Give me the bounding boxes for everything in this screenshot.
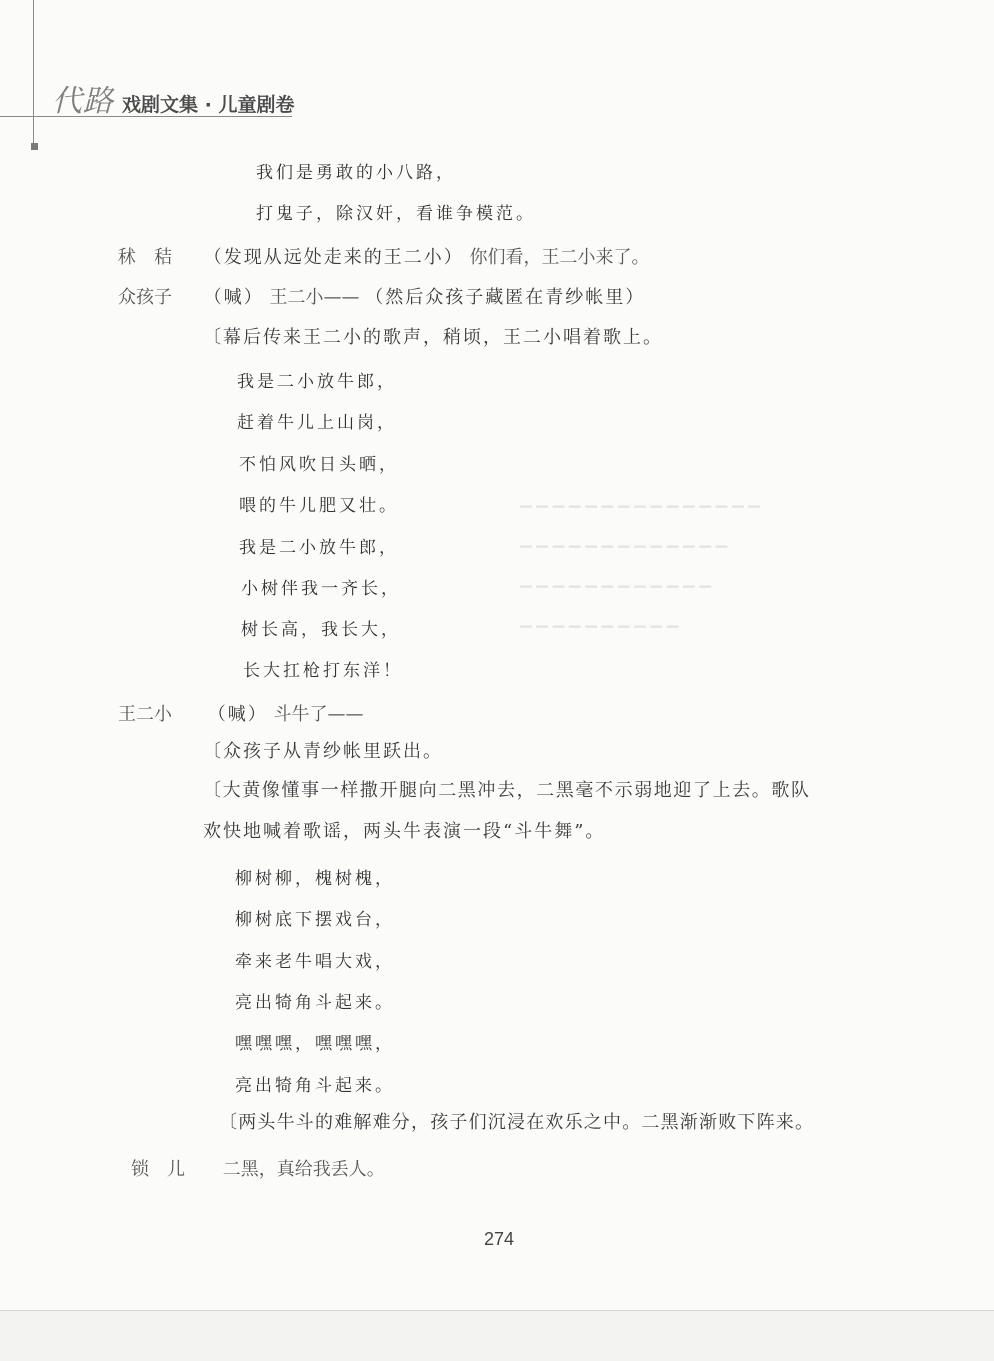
stage-direction: （喊） [204, 287, 264, 308]
dialogue-line: 锁 儿 二黑，真给我丢人。 [131, 1155, 385, 1181]
bleed-through-text: ▁ ▁ ▁ ▁ ▁ ▁ ▁ ▁ ▁ ▁ ▁ ▁ [520, 570, 711, 588]
bleed-through-text: ▁ ▁ ▁ ▁ ▁ ▁ ▁ ▁ ▁ ▁ [520, 610, 678, 628]
song-line: 柳树底下摆戏台， [235, 905, 395, 930]
song-line: 亮出犄角斗起来。 [235, 1071, 395, 1096]
dialogue-line: 众孩子 （喊） 王二小—— （然后众孩子藏匿在青纱帐里） [118, 283, 645, 309]
song-line: 我们是勇敢的小八路， [256, 158, 456, 183]
song-line: 赶着牛儿上山岗， [237, 408, 397, 433]
stage-direction: （喊） [208, 704, 268, 725]
margin-vertical-rule [33, 0, 34, 148]
song-line: 亮出犄角斗起来。 [235, 988, 395, 1013]
song-line: 小树伴我一齐长， [241, 574, 401, 599]
speaker-name: 秫 秸 [118, 243, 198, 269]
stage-direction: 〔两头牛斗的难解难分，孩子们沉浸在欢乐之中。二黑渐渐败下阵来。 [219, 1108, 814, 1134]
margin-square-marker [31, 143, 38, 150]
running-header: 代路 戏剧文集 · 儿童剧卷 [52, 76, 294, 120]
stage-direction: 〔幕后传来王二小的歌声，稍顷，王二小唱着歌上。 [203, 323, 663, 349]
song-line: 我是二小放牛郎， [239, 533, 399, 558]
stage-direction: 〔众孩子从青纱帐里跃出。 [203, 737, 443, 763]
dialogue-line: 秫 秸 （发现从远处走来的王二小） 你们看，王二小来了。 [118, 243, 649, 269]
series-logo: 代路 [52, 76, 114, 120]
stage-direction: 〔大黄像懂事一样撒开腿向二黑冲去，二黑毫不示弱地迎了上去。歌队 [203, 776, 811, 802]
song-line: 嘿嘿嘿，嘿嘿嘿， [235, 1029, 395, 1054]
speech: 斗牛了—— [273, 704, 363, 725]
song-line: 柳树柳，槐树槐， [235, 864, 395, 889]
stage-direction: （发现从远处走来的王二小） [204, 247, 464, 268]
scan-bottom-edge [0, 1310, 994, 1361]
bleed-through-text: ▁ ▁ ▁ ▁ ▁ ▁ ▁ ▁ ▁ ▁ ▁ ▁ ▁ ▁ ▁ [520, 490, 760, 508]
speech: 王二小—— [269, 287, 359, 308]
page-number: 274 [484, 1229, 514, 1250]
song-line: 不怕风吹日头晒， [239, 450, 399, 475]
song-line: 长大扛枪打东洋！ [243, 656, 403, 681]
song-line: 我是二小放牛郎， [237, 367, 397, 392]
speech: 你们看，王二小来了。 [469, 247, 649, 268]
dialogue-line: 王二小 （喊） 斗牛了—— [118, 700, 363, 726]
song-line: 树长高，我长大， [241, 615, 401, 640]
song-line: 牵来老牛唱大戏， [235, 947, 395, 972]
bleed-through-text: ▁ ▁ ▁ ▁ ▁ ▁ ▁ ▁ ▁ ▁ ▁ ▁ ▁ [520, 530, 727, 548]
book-title: 戏剧文集 · 儿童剧卷 [122, 90, 294, 117]
speaker-name: 锁 儿 [131, 1155, 217, 1181]
song-line: 喂的牛儿肥又壮。 [239, 491, 399, 516]
song-line: 打鬼子，除汉奸，看谁争模范。 [256, 199, 536, 224]
speaker-name: 众孩子 [118, 283, 198, 309]
speech: 二黑，真给我丢人。 [223, 1159, 385, 1180]
speaker-name: 王二小 [118, 700, 202, 726]
stage-direction: （然后众孩子藏匿在青纱帐里） [365, 287, 645, 308]
stage-direction: 欢快地喊着歌谣，两头牛表演一段“斗牛舞”。 [203, 817, 605, 843]
